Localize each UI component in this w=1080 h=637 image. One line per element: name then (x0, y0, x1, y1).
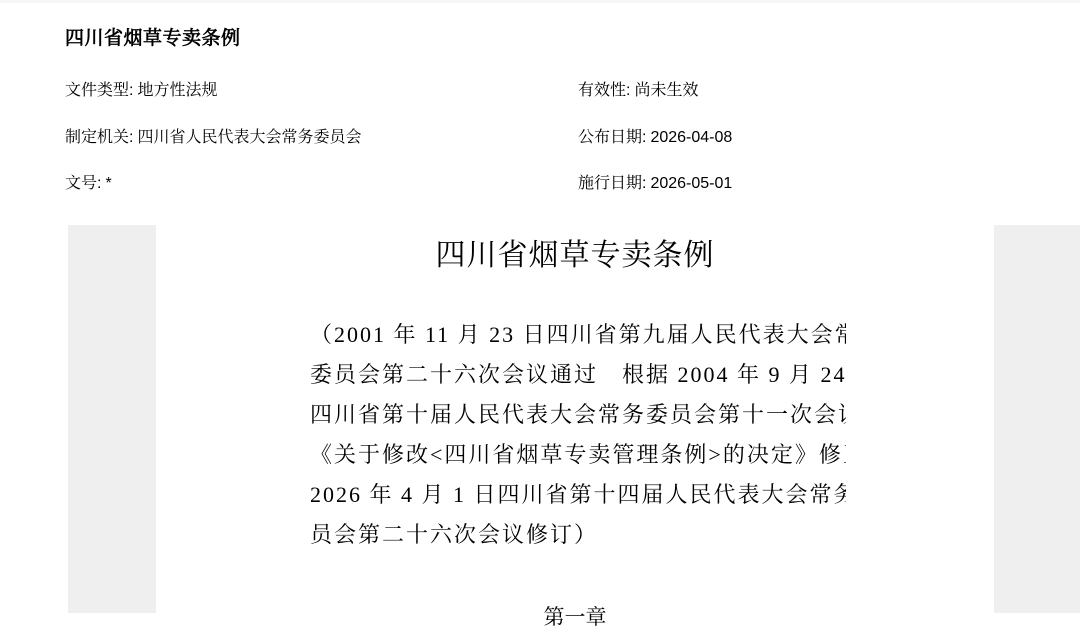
meta-field-doc-number: 文号:* (65, 175, 112, 193)
meta-label: 文号: (65, 175, 101, 192)
meta-value: * (105, 175, 111, 192)
meta-field-publish-date: 公布日期:2026-04-08 (578, 129, 732, 147)
preamble-line: 员会第二十六次会议修订） (310, 515, 846, 555)
page-title: 四川省烟草专卖条例 (65, 28, 241, 51)
meta-value: 2026-04-08 (650, 129, 732, 146)
document-title: 四川省烟草专卖条例 (156, 237, 994, 275)
preamble-line: 2026 年 4 月 1 日四川省第十四届人民代表大会常务委 (310, 475, 846, 515)
meta-value: 四川省人民代表大会常务委员会 (137, 129, 361, 146)
chapter-heading: 第一章 (156, 597, 994, 613)
meta-value: 2026-05-01 (650, 175, 732, 192)
document-viewer[interactable]: 四川省烟草专卖条例 （2001 年 11 月 23 日四川省第九届人民代表大会常… (68, 225, 1080, 613)
meta-field-effective-date: 施行日期:2026-05-01 (578, 175, 732, 193)
meta-field-file-type: 文件类型:地方性法规 (65, 82, 217, 100)
top-border (0, 0, 1080, 3)
meta-label: 公布日期: (578, 129, 646, 146)
meta-field-issuing-body: 制定机关:四川省人民代表大会常务委员会 (65, 129, 361, 147)
meta-value: 尚未生效 (634, 82, 698, 99)
meta-value: 地方性法规 (137, 82, 217, 99)
document-page: 四川省烟草专卖条例 （2001 年 11 月 23 日四川省第九届人民代表大会常… (156, 225, 994, 613)
preamble-line: 四川省第十届人民代表大会常务委员会第十一次会议 (310, 395, 846, 435)
preamble-paragraph: （2001 年 11 月 23 日四川省第九届人民代表大会常务 委员会第二十六次… (310, 315, 846, 555)
preamble-line: 《关于修改<四川省烟草专卖管理条例>的决定》修正 (310, 435, 846, 475)
meta-label: 制定机关: (65, 129, 133, 146)
meta-label: 有效性: (578, 82, 630, 99)
preamble-line: （2001 年 11 月 23 日四川省第九届人民代表大会常务 (310, 315, 846, 355)
preamble-line: 委员会第二十六次会议通过 根据 2004 年 9 月 24 日 (310, 355, 846, 395)
meta-field-validity: 有效性:尚未生效 (578, 82, 698, 100)
meta-label: 施行日期: (578, 175, 646, 192)
meta-label: 文件类型: (65, 82, 133, 99)
